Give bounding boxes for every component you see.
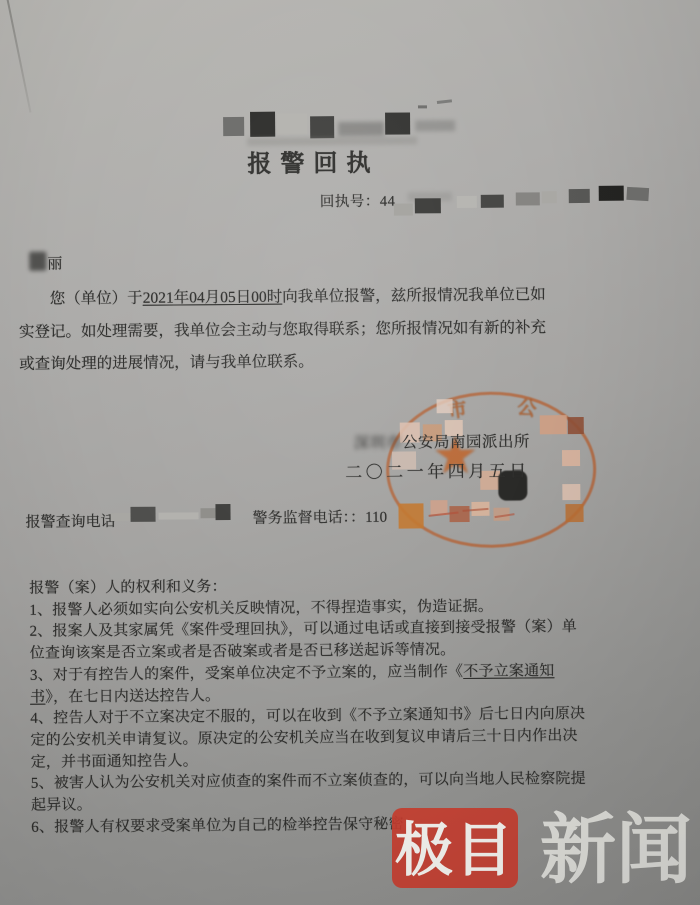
mosaic-block — [516, 192, 540, 205]
receipt-number-line: 回执号：44 — [320, 190, 396, 212]
mosaic-block — [437, 399, 453, 413]
text-segment: 起异议。 — [31, 797, 92, 814]
issue-date: 二〇二一年四月五日 — [345, 456, 530, 483]
mosaic-block — [569, 189, 590, 203]
redacted-name-character — [29, 252, 46, 271]
mosaic-block — [599, 186, 624, 201]
query-phone-label: 报警查询电话 — [25, 510, 115, 532]
recipient-name: 丽 — [47, 253, 62, 274]
mosaic-block — [457, 196, 477, 208]
mosaic-block — [310, 116, 334, 138]
mosaic-block — [398, 503, 423, 528]
issuing-organization-blurred-part: 深圳市 — [354, 435, 402, 452]
news-logo-suffix: 新闻 — [540, 810, 692, 894]
mosaic-block — [418, 105, 427, 108]
text-segment: 3、对于有控告人的案件，受案单位决定不予立案的，应当制作《 — [30, 664, 463, 684]
mosaic-block — [542, 191, 557, 203]
issuing-organization: 深圳市公安局南园派出所 — [354, 429, 530, 453]
text-segment: 2、报案人及其家属凭《案件受理回执》，可以通过电话或直接到接受报警（案）单 — [29, 619, 577, 640]
mosaic-block — [200, 508, 216, 518]
mosaic-block — [540, 415, 567, 434]
photo-of-police-receipt: 报警回执 回执号：44 丽 您（单位）于2021年04月05日00时向我单位报警… — [0, 0, 700, 905]
text-segment: 位查询该案是否立案或者是否破案或者是否已移送起诉等情况。 — [30, 642, 456, 662]
mosaic-block — [565, 504, 583, 522]
text-line: 或查询处理的进展情况，请与我单位联系。 — [19, 343, 679, 381]
mosaic-block — [215, 504, 230, 520]
text-segment: 6、报警人有权要求受案单位为自己的检举控告保守秘密 — [31, 816, 404, 835]
mosaic-block — [111, 513, 131, 521]
rights-and-obligations: 报警（案）人的权利和义务：1、报警人必须如实向公安机关反映情况，不得捏造事实，伪… — [29, 573, 696, 839]
supervision-phone-label: 警务监督电话：： — [253, 510, 366, 527]
mosaic-block — [250, 112, 275, 137]
mosaic-block — [130, 507, 155, 522]
text-segment: 1、报警人必须如实向公安机关反映情况，不得捏造事实，伪造证据。 — [29, 598, 493, 618]
body-paragraph: 您（单位）于2021年04月05日00时向我单位报警，兹所报情况我单位已如实登记… — [19, 278, 680, 381]
mosaic-block — [626, 187, 649, 201]
mosaic-block — [568, 417, 584, 434]
mosaic-block — [415, 198, 441, 213]
mosaic-block — [277, 113, 307, 134]
paper-fold-line — [6, 0, 31, 113]
receipt-number-label: 回执号： — [320, 194, 380, 211]
text-segment: 定的公安机关申请复议。原决定的公安机关应当在收到复议申请后三十日内作出决 — [30, 728, 577, 749]
underlined-text-segment: 2021年04月05日00时 — [143, 289, 283, 307]
news-logo-badge: 极目 — [392, 808, 518, 888]
document-paper: 报警回执 回执号：44 丽 您（单位）于2021年04月05日00时向我单位报警… — [0, 0, 700, 905]
supervision-phone-line: 警务监督电话：：110 — [252, 506, 387, 528]
mosaic-block — [415, 120, 455, 131]
mosaic-block — [562, 450, 580, 466]
mosaic-block — [385, 112, 410, 134]
underlined-text-segment: 书 — [30, 689, 45, 705]
mosaic-block — [394, 203, 413, 215]
text-segment: 》，在七日内送达控告人。 — [45, 688, 220, 706]
text-segment: 定，并书面通知控告人。 — [31, 753, 198, 770]
mosaic-block — [481, 195, 504, 208]
text-segment: 报警（案）人的权利和义务： — [29, 579, 227, 597]
text-segment: 或查询处理的进展情况，请与我单位联系。 — [19, 353, 314, 373]
text-segment: 实登记。如处理需要，我单位会主动与您取得联系；您所报情况如有新的补充 — [19, 319, 546, 341]
mosaic-block — [562, 484, 580, 500]
mosaic-block — [223, 117, 244, 136]
text-segment: 您（单位）于 — [19, 290, 143, 308]
text-segment: 4、控告人对于不立案决定不服的，可以在收到《不予立案通知书》后七日内向原决 — [30, 706, 585, 727]
news-logo-badge-text: 极目 — [395, 816, 515, 880]
mosaic-block — [159, 512, 199, 519]
mosaic-block — [338, 122, 384, 136]
text-segment: 向我单位报警，兹所报情况我单位已如 — [282, 286, 546, 305]
mosaic-block — [437, 99, 452, 104]
document-title: 报警回执 — [247, 143, 379, 179]
underlined-text-segment: 不予立案通知 — [463, 663, 554, 680]
text-segment: 5、被害人认为公安机关对应侦查的案件而不立案侦查的，可以向当地人民检察院提 — [31, 771, 586, 792]
supervision-phone-number: 110 — [365, 510, 387, 526]
issuing-organization-visible-part: 公安局南园派出所 — [402, 433, 530, 451]
